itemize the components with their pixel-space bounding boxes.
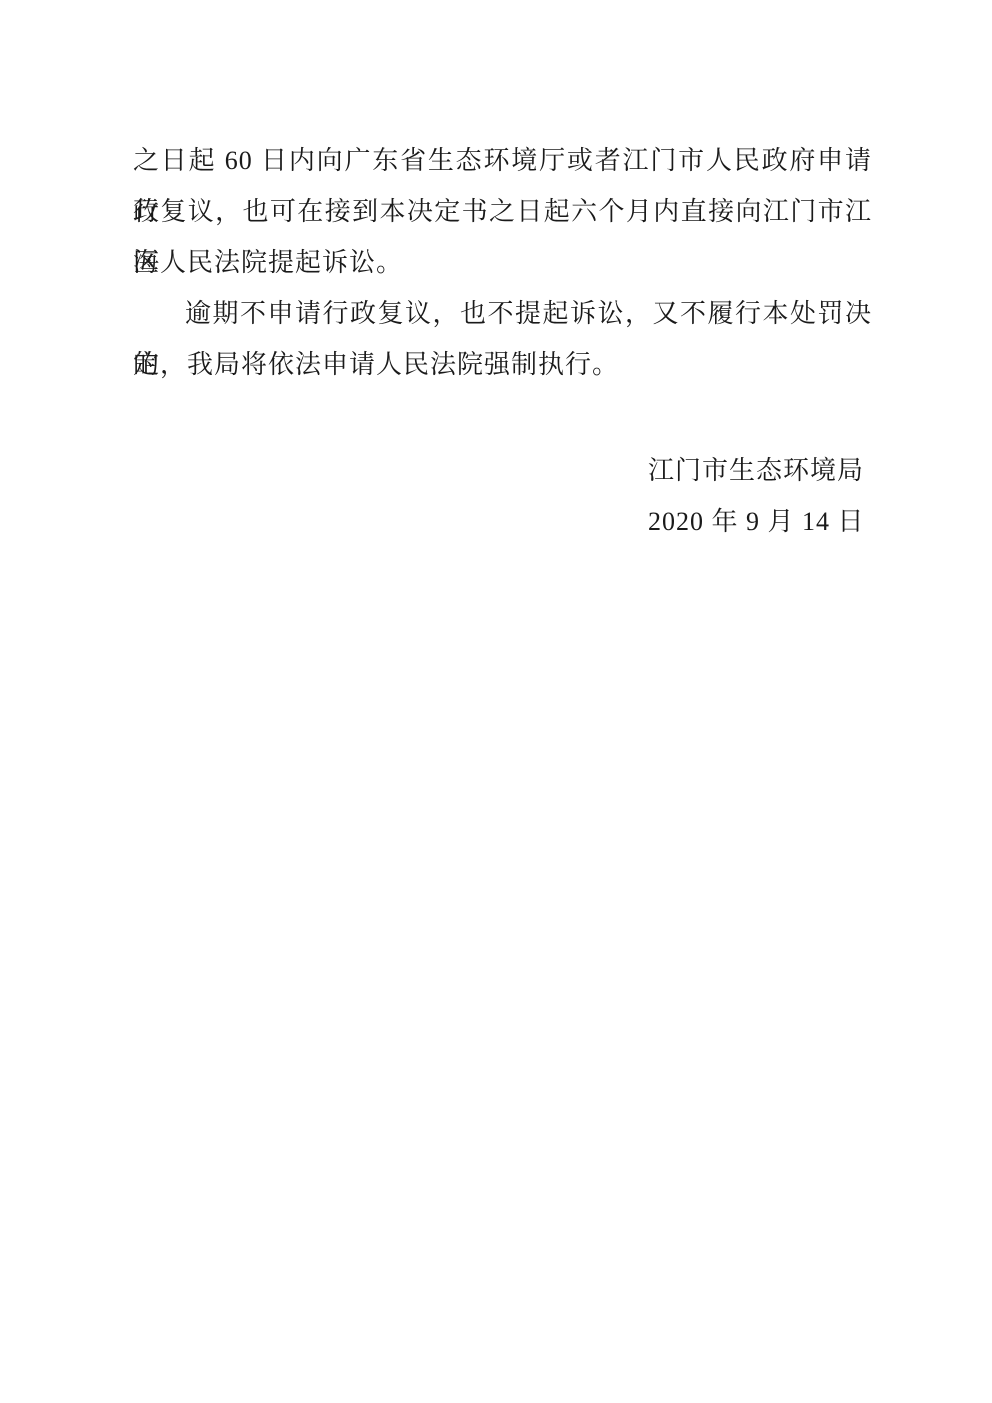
paragraph-2-line-1: 逾期不申请行政复议，也不提起诉讼，又不履行本处罚决定 bbox=[133, 288, 872, 339]
paragraph-1-line-2: 政复议，也可在接到本决定书之日起六个月内直接向江门市江海 bbox=[133, 186, 872, 237]
signature-date: 2020 年 9 月 14 日 bbox=[648, 496, 865, 547]
paragraph-enforcement: 逾期不申请行政复议，也不提起诉讼，又不履行本处罚决定 的，我局将依法申请人民法院… bbox=[133, 288, 872, 390]
document-page: 之日起 60 日内向广东省生态环境厅或者江门市人民政府申请行 政复议，也可在接到… bbox=[0, 0, 992, 1403]
signature-agency: 江门市生态环境局 bbox=[648, 445, 865, 496]
paragraph-1-line-1: 之日起 60 日内向广东省生态环境厅或者江门市人民政府申请行 bbox=[133, 135, 872, 186]
signature-block: 江门市生态环境局 2020 年 9 月 14 日 bbox=[648, 445, 865, 547]
paragraph-2-line-2: 的，我局将依法申请人民法院强制执行。 bbox=[133, 339, 872, 390]
paragraph-appeal-rights: 之日起 60 日内向广东省生态环境厅或者江门市人民政府申请行 政复议，也可在接到… bbox=[133, 135, 872, 288]
document-body: 之日起 60 日内向广东省生态环境厅或者江门市人民政府申请行 政复议，也可在接到… bbox=[133, 135, 872, 390]
paragraph-1-line-3: 区人民法院提起诉讼。 bbox=[133, 237, 872, 288]
